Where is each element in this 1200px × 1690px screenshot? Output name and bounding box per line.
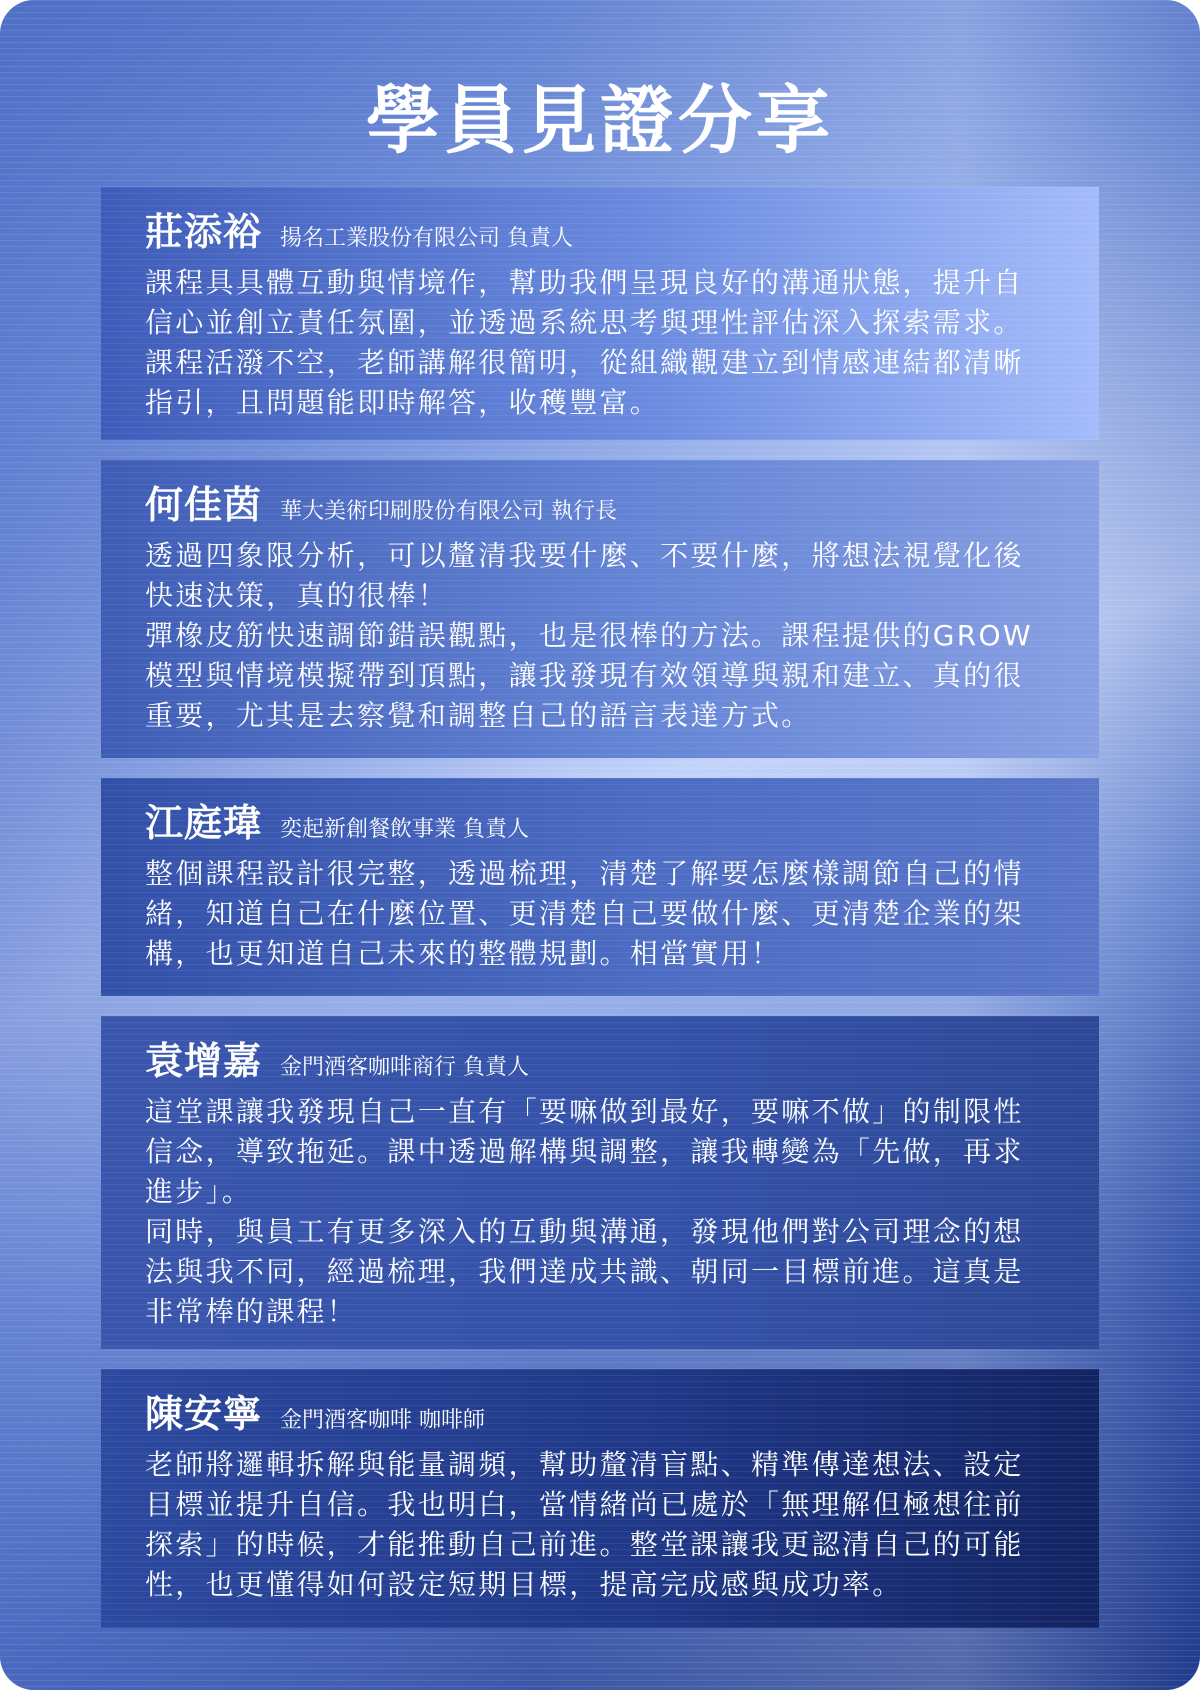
person-organization: 揚名工業股份有限公司 負責人	[280, 221, 573, 252]
person-organization: 金門酒客咖啡 咖啡師	[280, 1403, 485, 1434]
testimonial-card: 陳安寧 金門酒客咖啡 咖啡師 老師將邏輯拆解與能量調頻，幫助釐清盲點、精準傳達想…	[101, 1369, 1099, 1628]
testimonial-header: 陳安寧 金門酒客咖啡 咖啡師	[145, 1383, 1059, 1443]
text-line: 指引，且問題能即時解答，收穫豐富。	[145, 383, 1059, 423]
person-organization: 華大美術印刷股份有限公司 執行長	[280, 494, 617, 525]
text-line: 目標並提升自信。我也明白，當情緒尚已處於「無理解但極想往前	[145, 1485, 1059, 1525]
text-line: 透過四象限分析，可以釐清我要什麼、不要什麼，將想法視覺化後	[145, 536, 1059, 576]
person-name: 江庭瑋	[145, 792, 262, 847]
person-organization: 奕起新創餐飲事業 負責人	[280, 812, 529, 843]
text-line: 緒，知道自己在什麼位置、更清楚自己要做什麼、更清楚企業的架	[145, 894, 1059, 934]
text-line: 課程具具體互動與情境作，幫助我們呈現良好的溝通狀態，提升自	[145, 263, 1059, 303]
testimonial-card: 莊添裕 揚名工業股份有限公司 負責人 課程具具體互動與情境作，幫助我們呈現良好的…	[101, 187, 1099, 440]
testimonial-text: 課程具具體互動與情境作，幫助我們呈現良好的溝通狀態，提升自 信心並創立責任氛圍，…	[145, 263, 1059, 423]
text-line: 快速決策，真的很棒！	[145, 576, 1059, 616]
person-name: 袁增嘉	[145, 1030, 262, 1085]
text-line: 法與我不同，經過梳理，我們達成共識、朝同一目標前進。這真是	[145, 1252, 1059, 1292]
text-line: 性，也更懂得如何設定短期目標，提高完成感與成功率。	[145, 1565, 1059, 1605]
testimonial-text: 老師將邏輯拆解與能量調頻，幫助釐清盲點、精準傳達想法、設定 目標並提升自信。我也…	[145, 1445, 1059, 1605]
text-line: 模型與情境模擬帶到頂點，讓我發現有效領導與親和建立、真的很	[145, 656, 1059, 696]
testimonial-text: 整個課程設計很完整，透過梳理，清楚了解要怎麼樣調節自己的情 緒，知道自己在什麼位…	[145, 854, 1059, 974]
text-line: 這堂課讓我發現自己一直有「要嘛做到最好，要嘛不做」的制限性	[145, 1092, 1059, 1132]
testimonial-card: 江庭瑋 奕起新創餐飲事業 負責人 整個課程設計很完整，透過梳理，清楚了解要怎麼樣…	[101, 778, 1099, 996]
text-line: 同時，與員工有更多深入的互動與溝通，發現他們對公司理念的想	[145, 1212, 1059, 1252]
testimonial-header: 袁增嘉 金門酒客咖啡商行 負責人	[145, 1030, 1059, 1090]
person-name: 何佳茵	[145, 474, 262, 529]
text-line: 整個課程設計很完整，透過梳理，清楚了解要怎麼樣調節自己的情	[145, 854, 1059, 894]
text-line: 信念，導致拖延。課中透過解構與調整，讓我轉變為「先做，再求	[145, 1132, 1059, 1172]
text-line: 重要，尤其是去察覺和調整自己的語言表達方式。	[145, 696, 1059, 736]
page-title: 學員見證分享	[0, 62, 1200, 168]
person-organization: 金門酒客咖啡商行 負責人	[280, 1050, 529, 1081]
text-line: 信心並創立責任氛圍，並透過系統思考與理性評估深入探索需求。	[145, 303, 1059, 343]
text-line: 進步」。	[145, 1172, 1059, 1212]
testimonial-poster: 學員見證分享 莊添裕 揚名工業股份有限公司 負責人 課程具具體互動與情境作，幫助…	[0, 0, 1200, 1690]
text-line: 彈橡皮筋快速調節錯誤觀點，也是很棒的方法。課程提供的GROW	[145, 616, 1059, 656]
testimonial-text: 透過四象限分析，可以釐清我要什麼、不要什麼，將想法視覺化後 快速決策，真的很棒！…	[145, 536, 1059, 736]
text-line: 探索」的時候，才能推動自己前進。整堂課讓我更認清自己的可能	[145, 1525, 1059, 1565]
text-line: 非常棒的課程！	[145, 1292, 1059, 1332]
testimonial-text: 這堂課讓我發現自己一直有「要嘛做到最好，要嘛不做」的制限性 信念，導致拖延。課中…	[145, 1092, 1059, 1332]
testimonial-card: 袁增嘉 金門酒客咖啡商行 負責人 這堂課讓我發現自己一直有「要嘛做到最好，要嘛不…	[101, 1016, 1099, 1349]
text-line: 課程活潑不空，老師講解很簡明，從組織觀建立到情感連結都清晰	[145, 343, 1059, 383]
testimonial-header: 江庭瑋 奕起新創餐飲事業 負責人	[145, 792, 1059, 852]
person-name: 莊添裕	[145, 201, 262, 256]
text-line: 構，也更知道自己未來的整體規劃。相當實用！	[145, 934, 1059, 974]
testimonial-card: 何佳茵 華大美術印刷股份有限公司 執行長 透過四象限分析，可以釐清我要什麼、不要…	[101, 460, 1099, 758]
person-name: 陳安寧	[145, 1383, 262, 1438]
testimonial-header: 何佳茵 華大美術印刷股份有限公司 執行長	[145, 474, 1059, 534]
testimonial-header: 莊添裕 揚名工業股份有限公司 負責人	[145, 201, 1059, 261]
text-line: 老師將邏輯拆解與能量調頻，幫助釐清盲點、精準傳達想法、設定	[145, 1445, 1059, 1485]
